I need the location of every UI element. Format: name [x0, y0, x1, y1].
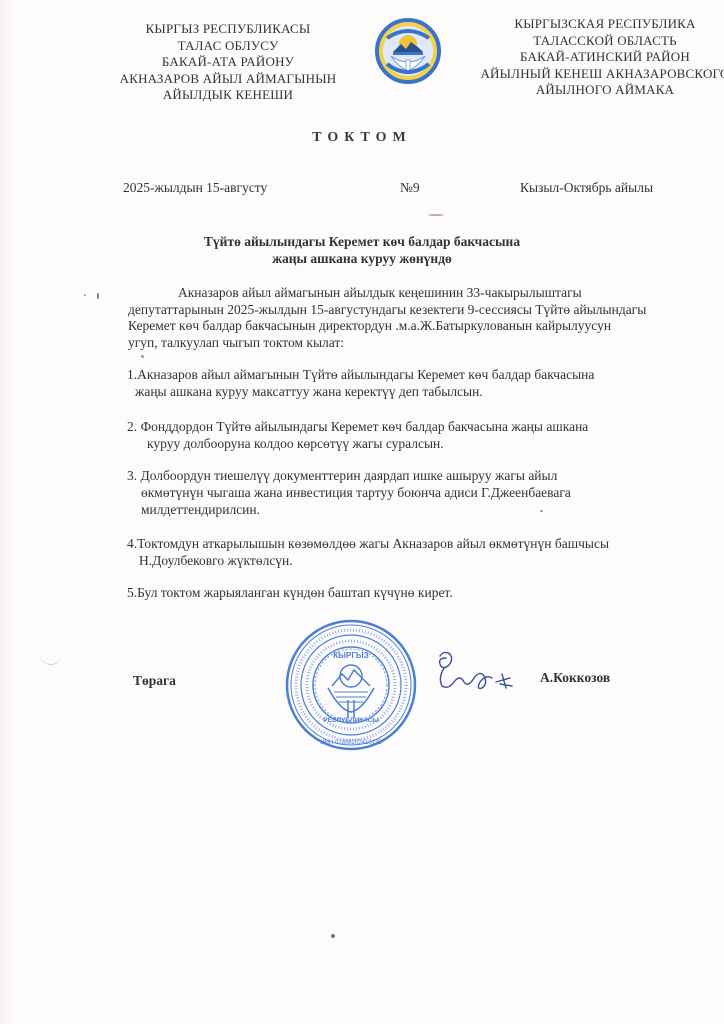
item-line: 4.Токтомдун аткарылышын көзөмөлдөө жагы …	[127, 535, 609, 552]
svg-text:РЕСПУБЛИКАСЫ: РЕСПУБЛИКАСЫ	[323, 717, 378, 724]
preamble-line: угуп, талкуулап чыгып токтом кылат:	[128, 335, 724, 352]
document-preamble: Акназаров айыл аймагынын айылдык кеңешин…	[128, 285, 724, 351]
item-line: куруу долбооруна колдоо көрсөтүү жагы су…	[127, 435, 588, 452]
handwritten-signature-icon	[430, 648, 520, 693]
item-line: өкмөтүнүн чыгаша жана инвестиция тартуу …	[127, 484, 571, 501]
svg-text:КЫРГЫЗ: КЫРГЫЗ	[333, 651, 368, 660]
resolution-item-5: 5.Бул токтом жарыяланган күндөн баштап к…	[127, 584, 453, 601]
header-kyrgyz: КЫРГЫЗ РЕСПУБЛИКАСЫ ТАЛАС ОБЛУСУ БАКАЙ-А…	[108, 21, 348, 104]
document-subject: Түйтө айылындагы Керемет көч балдар бакч…	[0, 233, 724, 267]
resolution-item-1: 1.Акназаров айыл аймагынын Түйтө айылынд…	[127, 366, 594, 400]
header-right-line: АЙЫЛНЫЙ КЕНЕШ АКНАЗАРОВСКОГО	[480, 66, 724, 83]
item-line: 3. Долбоордун тиешелүү документтерин дая…	[127, 467, 571, 484]
header-right-line: КЫРГЫЗСКАЯ РЕСПУБЛИКА	[480, 16, 724, 33]
header-left-line: АЙЫЛДЫК КЕНЕШИ	[108, 87, 348, 104]
preamble-line: депутаттарынын 2025-жылдын 15-августунда…	[128, 302, 724, 319]
resolution-item-2: 2. Фонддордон Түйтө айылындагы Керемет к…	[127, 418, 588, 452]
header-russian: КЫРГЫЗСКАЯ РЕСПУБЛИКА ТАЛАССКОЙ ОБЛАСТЬ …	[480, 16, 724, 99]
signatory-role: Төрага	[133, 673, 176, 689]
scan-speck	[540, 510, 543, 512]
scan-speck	[97, 293, 99, 299]
resolution-item-4: 4.Токтомдун аткарылышын көзөмөлдөө жагы …	[127, 535, 609, 569]
document-date: 2025-жылдын 15-августу	[123, 180, 267, 196]
item-line: Н.Доулбековго жүктөлсүн.	[127, 552, 609, 569]
preamble-line: Керемет көч балдар бакчасынын директорду…	[128, 318, 724, 335]
scan-edge-shadow	[0, 0, 12, 1024]
svg-text:ИНН 01808202410135: ИНН 01808202410135	[320, 740, 382, 746]
scan-speck	[141, 355, 144, 358]
signatory-name: А.Коккозов	[540, 670, 610, 686]
punch-hole-mark	[40, 650, 62, 665]
header-right-line: АЙЫЛНОГО АЙМАКА	[480, 82, 724, 99]
kyrgyz-state-emblem-icon	[373, 18, 443, 84]
scan-speck	[331, 934, 335, 938]
item-line: милдеттендирилсин.	[127, 501, 571, 518]
scan-speck	[84, 294, 86, 296]
document-page: КЫРГЫЗ РЕСПУБЛИКАСЫ ТАЛАС ОБЛУСУ БАКАЙ-А…	[0, 0, 724, 1024]
item-line: 1.Акназаров айыл аймагынын Түйтө айылынд…	[127, 366, 594, 383]
subject-line: Түйтө айылындагы Керемет көч балдар бакч…	[0, 233, 724, 250]
document-number: №9	[400, 180, 420, 196]
item-line: 2. Фонддордон Түйтө айылындагы Керемет к…	[127, 418, 588, 435]
header-left-line: АКНАЗАРОВ АЙЫЛ АЙМАГЫНЫН	[108, 71, 348, 88]
document-title: ТОКТОМ	[0, 130, 724, 146]
item-line: 5.Бул токтом жарыяланган күндөн баштап к…	[127, 584, 453, 601]
item-line: жаңы ашкана куруу максаттуу жана керектү…	[127, 383, 594, 400]
official-round-stamp-icon: КЫРГЫЗ РЕСПУБЛИКАСЫ ИНН 01808202410135	[284, 618, 418, 752]
subject-line: жаңы ашкана куруу жөнүндө	[0, 250, 724, 267]
header-right-line: БАКАЙ-АТИНСКИЙ РАЙОН	[480, 49, 724, 66]
header-left-line: БАКАЙ-АТА РАЙОНУ	[108, 54, 348, 71]
document-place: Кызыл-Октябрь айылы	[520, 180, 653, 196]
header-right-line: ТАЛАССКОЙ ОБЛАСТЬ	[480, 33, 724, 50]
header-left-line: ТАЛАС ОБЛУСУ	[108, 38, 348, 55]
header-left-line: КЫРГЫЗ РЕСПУБЛИКАСЫ	[108, 21, 348, 38]
scan-speck	[428, 214, 444, 216]
preamble-line: Акназаров айыл аймагынын айылдык кеңешин…	[128, 285, 724, 302]
resolution-item-3: 3. Долбоордун тиешелүү документтерин дая…	[127, 467, 571, 518]
